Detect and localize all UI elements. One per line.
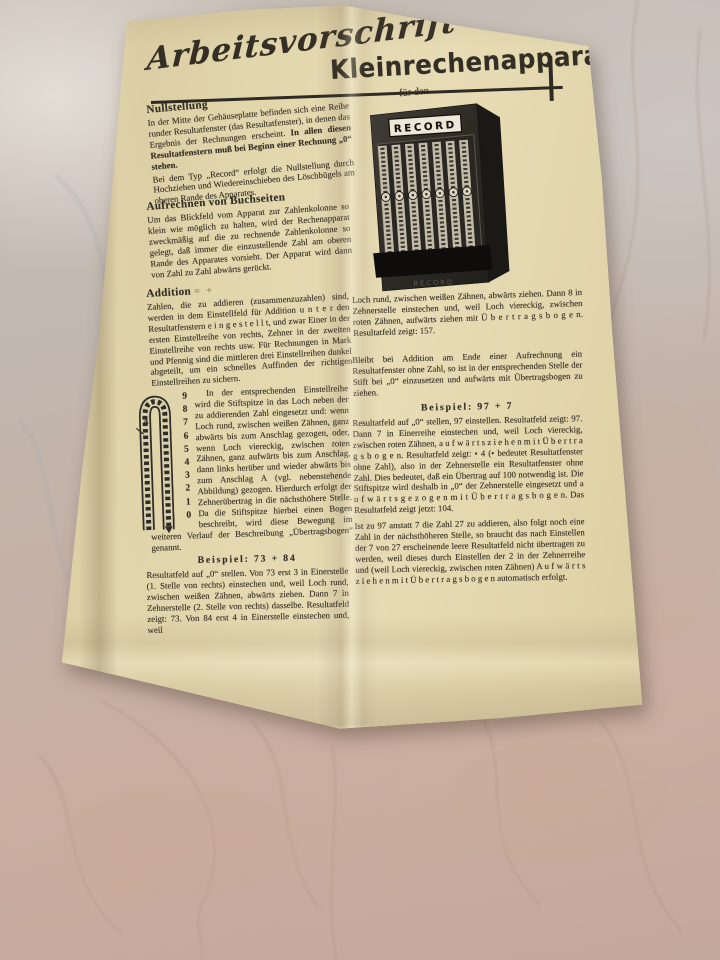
scale-digit: 8 <box>171 404 188 418</box>
scale-digit: 1 <box>174 496 191 510</box>
continuation-paragraph-2: Bleibt bei Addition am Ende einer Aufrec… <box>352 349 583 399</box>
record-device-illustration: RECORD RECORD <box>361 99 514 294</box>
section-addition: Addition = + Zahlen, die zu addieren (zu… <box>146 277 353 389</box>
scale-label-a: A <box>131 416 149 428</box>
paper-shadow-wrap: Arbeitsvorschrift für den Kleinrechenapp… <box>0 0 720 960</box>
scale-digit: 2 <box>173 483 190 497</box>
instruction-leaflet: Arbeitsvorschrift für den Kleinrechenapp… <box>0 0 720 960</box>
section-aufrechnen: Aufrechnen von Buchseiten Um das Blickfe… <box>146 187 353 280</box>
beispiel-97-paragraph-2: Ist zu 97 anstatt 7 die Zahl 27 zu addie… <box>354 516 585 586</box>
scale-digit: 6 <box>171 430 188 444</box>
pin-scale-figure: 9 8 7 6 5 4 3 2 1 0 A <box>132 390 195 530</box>
scale-digit: 9 <box>170 391 187 405</box>
section-beispiel-73-84: Beispiel: 73 + 84 Resultatfeld auf „0“ s… <box>146 552 350 636</box>
continuation-paragraph-1: Loch rund, zwischen weißen Zähnen, abwär… <box>352 287 583 339</box>
aufrechnen-paragraph: Um das Blickfeld vom Apparat zur Zahlenk… <box>147 201 353 280</box>
scale-digit: 5 <box>172 443 189 457</box>
record-device-figure: RECORD RECORD <box>361 99 514 299</box>
beispiel-97-paragraph-1: Resultatfeld auf „0“ stellen, 97 einstel… <box>352 413 584 516</box>
addition-heading-symbols: = + <box>194 285 214 297</box>
beispiel-97-heading: Beispiel: 97 + 7 <box>352 399 582 415</box>
device-embossed-label: RECORD <box>413 278 454 287</box>
section-continuation-1: Loch rund, zwischen weißen Zähnen, abwär… <box>352 287 583 339</box>
scale-digit: 7 <box>171 417 188 431</box>
photo-canvas: Arbeitsvorschrift für den Kleinrechenapp… <box>0 0 720 960</box>
einstellreihe-paragraph: 9 8 7 6 5 4 3 2 1 0 A In der <box>146 383 354 554</box>
beispiel-73-heading: Beispiel: 73 + 84 <box>146 552 348 567</box>
scale-illustration <box>134 393 175 534</box>
addition-paragraph-1: Zahlen, die zu addieren (zusammenzuzahle… <box>147 291 354 389</box>
scale-arrow-down-icon <box>165 526 173 533</box>
section-continuation-2: Bleibt bei Addition am Ende einer Aufrec… <box>352 349 583 399</box>
addition-heading-text: Addition <box>146 286 191 300</box>
section-beispiel-97-7: Beispiel: 97 + 7 Resultatfeld auf „0“ st… <box>352 399 586 586</box>
scale-digit: 0 <box>174 509 191 523</box>
scale-digit-column: 9 8 7 6 5 4 3 2 1 0 <box>170 391 191 524</box>
scale-digit: 4 <box>172 457 189 471</box>
scale-digit: 3 <box>173 470 190 484</box>
section-einstellreihe: 9 8 7 6 5 4 3 2 1 0 A In der <box>146 383 354 554</box>
beispiel-73-paragraph: Resultatfeld auf „0“ stellen. Von 73 ers… <box>146 566 349 636</box>
